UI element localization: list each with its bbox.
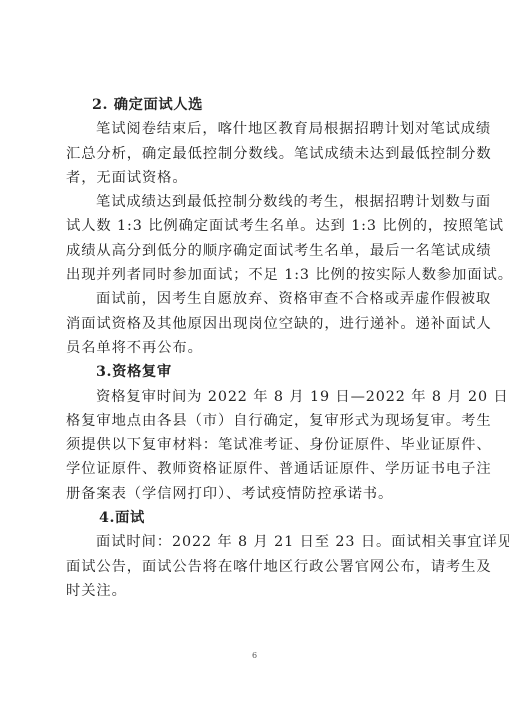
text-line: 成绩从高分到低分的顺序确定面试考生名单，最后一名笔试成绩 [66, 239, 443, 263]
text-line: 消面试资格及其他原因出现岗位空缺的，进行递补。递补面试人 [66, 312, 443, 336]
text-line: 笔试成绩达到最低控制分数线的考生，根据招聘计划数与面 [66, 190, 443, 214]
section-heading: 2. 确定面试人选 [66, 93, 443, 117]
section-heading: 4.面试 [66, 506, 443, 530]
text-line: 时关注。 [66, 579, 443, 603]
text-line: 资格复审时间为 2022 年 8 月 19 日—2022 年 8 月 20 日，… [66, 385, 443, 409]
section-heading: 3.资格复审 [66, 360, 443, 384]
text-line: 格复审地点由各县（市）自行确定，复审形式为现场复审。考生 [66, 409, 443, 433]
text-line: 面试时间：2022 年 8 月 21 日至 23 日。面试相关事宜详见 [66, 530, 443, 554]
text-line: 员名单将不再公布。 [66, 336, 443, 360]
text-line: 学位证原件、教师资格证原件、普通话证原件、学历证书电子注 [66, 457, 443, 481]
text-line: 试人数 1:3 比例确定面试考生名单。达到 1:3 比例的，按照笔试 [66, 214, 443, 238]
paragraph: 面试时间：2022 年 8 月 21 日至 23 日。面试相关事宜详见 面试公告… [66, 530, 443, 603]
text-line: 笔试阅卷结束后，喀什地区教育局根据招聘计划对笔试成绩 [66, 117, 443, 141]
text-line: 面试前，因考生自愿放弃、资格审查不合格或弄虚作假被取 [66, 287, 443, 311]
paragraph: 面试前，因考生自愿放弃、资格审查不合格或弄虚作假被取 消面试资格及其他原因出现岗… [66, 287, 443, 360]
text-line: 册备案表（学信网打印）、考试疫情防控承诺书。 [66, 482, 443, 506]
document-body: 2. 确定面试人选 笔试阅卷结束后，喀什地区教育局根据招聘计划对笔试成绩 汇总分… [66, 93, 443, 603]
text-line: 须提供以下复审材料：笔试准考证、身份证原件、毕业证原件、 [66, 433, 443, 457]
text-line: 面试公告，面试公告将在喀什地区行政公署官网公布，请考生及 [66, 555, 443, 579]
paragraph: 资格复审时间为 2022 年 8 月 19 日—2022 年 8 月 20 日，… [66, 385, 443, 506]
text-line: 出现并列者同时参加面试；不足 1:3 比例的按实际人数参加面试。 [66, 263, 443, 287]
text-line: 汇总分析，确定最低控制分数线。笔试成绩未达到最低控制分数 [66, 142, 443, 166]
paragraph: 笔试阅卷结束后，喀什地区教育局根据招聘计划对笔试成绩 汇总分析，确定最低控制分数… [66, 117, 443, 190]
text-line: 者，无面试资格。 [66, 166, 443, 190]
document-page: 2. 确定面试人选 笔试阅卷结束后，喀什地区教育局根据招聘计划对笔试成绩 汇总分… [0, 0, 509, 720]
paragraph: 笔试成绩达到最低控制分数线的考生，根据招聘计划数与面 试人数 1:3 比例确定面… [66, 190, 443, 287]
page-number: 6 [0, 651, 509, 660]
